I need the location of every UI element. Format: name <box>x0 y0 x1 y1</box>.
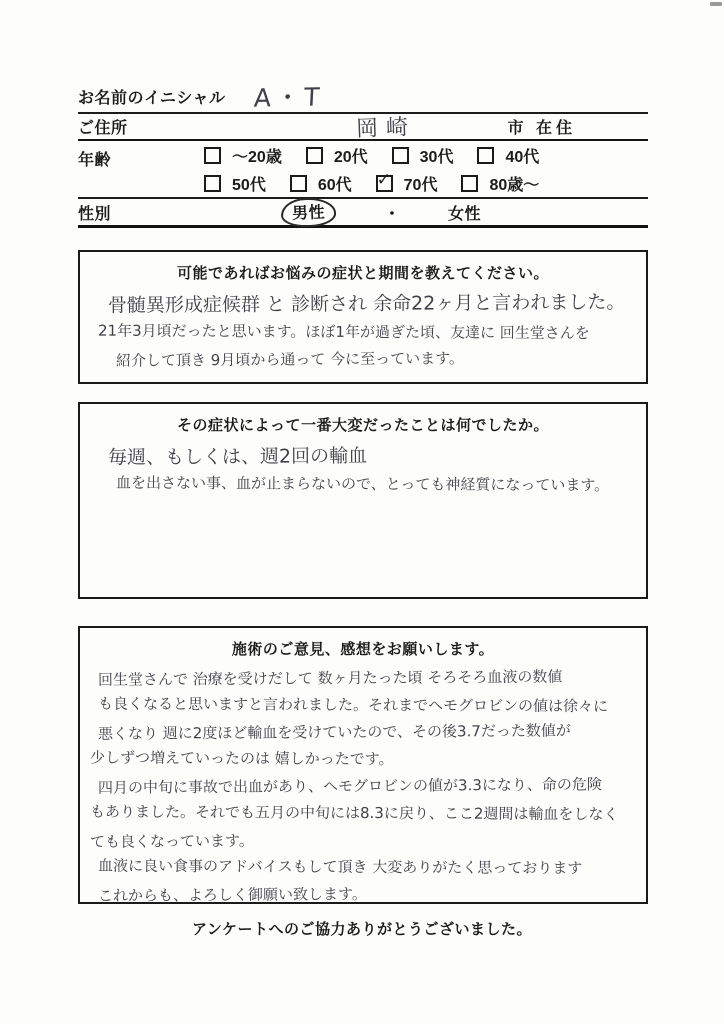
age-option-label: 50代 <box>232 172 266 195</box>
age-options-row-1: ～20歳 20代 30代 40代 <box>204 141 563 169</box>
answer-line: も良くなると思いますと言われました。それまでヘモグロビンの値は徐々に <box>90 691 636 721</box>
gender-male-label: 男性 <box>292 204 326 222</box>
checkbox-unchecked-icon <box>204 175 221 192</box>
gender-separator: ・ <box>384 201 400 224</box>
age-option-30s: 30代 <box>392 144 454 167</box>
scan-artifact <box>710 2 722 6</box>
answer-line: 血液に良い食事のアドバイスもして頂き 大変ありがたく思っております <box>90 853 636 883</box>
age-row: 年齢 ～20歳 20代 30代 <box>78 141 648 199</box>
age-option-60s: 60代 <box>290 172 352 195</box>
checkbox-unchecked-icon <box>290 175 307 192</box>
answer-line: 21年3月頃だったと思います。ほぼ1年が過ぎた頃、友達に 回生堂さんを <box>90 318 636 348</box>
age-option-label: 60代 <box>318 172 352 195</box>
address-row: ご住所 岡崎 市 在住 <box>78 114 648 141</box>
age-option-label: 30代 <box>420 144 454 167</box>
check-mark-icon: ✓ <box>377 171 391 188</box>
age-option-label: 80歳～ <box>489 172 539 195</box>
handwritten-answer: 回生堂さんで 治療を受けだして 数ヶ月たった頃 そろそろ血液の数値 も良くなると… <box>80 659 646 908</box>
question-box-symptoms: 可能であればお悩みの症状と期間を教えてください。 骨髄異形成症候群 と 診断され… <box>78 250 648 384</box>
age-label: 年齢 <box>78 141 111 170</box>
answer-line: ても良くなっています。 <box>90 825 636 856</box>
address-value: 岡崎 <box>355 110 416 143</box>
form-header: お名前のイニシャル A・T ご住所 岡崎 市 在住 年齢 ～20歳 20代 <box>78 80 648 228</box>
address-label: ご住所 <box>78 115 128 138</box>
question-box-feedback: 施術のご意見、感想をお願いします。 回生堂さんで 治療を受けだして 数ヶ月たった… <box>78 626 648 904</box>
age-option-under20: ～20歳 <box>204 144 282 167</box>
name-initial-value: A・T <box>253 77 324 114</box>
age-options: ～20歳 20代 30代 40代 <box>204 141 563 197</box>
age-option-label: 20代 <box>334 144 368 167</box>
selection-circle-male: 男性 <box>281 197 337 228</box>
checkbox-unchecked-icon <box>461 175 478 192</box>
answer-line: 四月の中旬に事故で出血があり、ヘモグロビンの値が3.3になり、命の危険 <box>90 771 636 802</box>
checkbox-checked-icon: ✓ <box>376 175 393 192</box>
checkbox-unchecked-icon <box>306 147 323 164</box>
age-option-label: 40代 <box>505 144 539 167</box>
handwritten-answer: 骨髄異形成症候群 と 診断され 余命22ヶ月と言われました。 21年3月頃だった… <box>80 283 646 373</box>
age-option-40s: 40代 <box>477 144 539 167</box>
checkbox-unchecked-icon <box>477 147 494 164</box>
answer-line: もありました。それでも五月の中旬には8.3に戻り、ここ2週間は輸血をしなく <box>90 799 636 829</box>
answer-line: 紹介して頂き 9月頃から通って 今に至っています。 <box>90 344 636 375</box>
age-option-label: ～20歳 <box>232 144 282 167</box>
age-option-70s-selected: ✓ 70代 <box>376 172 438 195</box>
age-option-20s: 20代 <box>306 144 368 167</box>
name-initial-row: お名前のイニシャル A・T <box>78 80 648 114</box>
gender-label: 性別 <box>78 201 111 224</box>
thank-you-note: アンケートへのご協力ありがとうございました。 <box>0 918 724 939</box>
question-box-hardest-thing: その症状によって一番大変だったことは何でしたか。 毎週、もしくは、週2回の輸血 … <box>78 402 648 599</box>
age-option-50s: 50代 <box>204 172 266 195</box>
name-initial-label: お名前のイニシャル <box>78 85 226 108</box>
answer-line: 骨髄異形成症候群 と 診断され 余命22ヶ月と言われました。 <box>90 287 636 321</box>
age-option-label: 70代 <box>404 172 438 195</box>
question-title: 可能であればお悩みの症状と期間を教えてください。 <box>80 252 646 283</box>
gender-row: 性別 男性 ・ 女性 <box>78 199 648 228</box>
age-options-row-2: 50代 60代 ✓ 70代 80歳～ <box>204 169 563 197</box>
gender-female-label: 女性 <box>448 201 481 224</box>
checkbox-unchecked-icon <box>392 147 409 164</box>
questionnaire-scan: お名前のイニシャル A・T ご住所 岡崎 市 在住 年齢 ～20歳 20代 <box>0 0 724 1024</box>
address-suffix-label: 市 在住 <box>508 115 576 138</box>
answer-line: 回生堂さんで 治療を受けだして 数ヶ月たった頃 そろそろ血液の数値 <box>90 663 636 694</box>
age-option-over80: 80歳～ <box>461 172 539 195</box>
question-title: 施術のご意見、感想をお願いします。 <box>80 628 646 659</box>
answer-line: これからも、よろしく御願い致します。 <box>90 879 636 910</box>
answer-line: 血を出さない事、血が止まらないので、とっても神経質になっています。 <box>90 470 636 500</box>
handwritten-answer: 毎週、もしくは、週2回の輸血 血を出さない事、血が止まらないので、とっても神経質… <box>80 435 646 498</box>
answer-line: 少しずつ増えていったのは 嬉しかったです。 <box>90 745 636 775</box>
answer-line: 毎週、もしくは、週2回の輸血 <box>90 439 636 473</box>
checkbox-unchecked-icon <box>204 147 221 164</box>
question-title: その症状によって一番大変だったことは何でしたか。 <box>80 404 646 435</box>
answer-line: 悪くなり 週に2度ほど輸血を受けていたので、その後3.7だった数値が <box>90 717 636 748</box>
